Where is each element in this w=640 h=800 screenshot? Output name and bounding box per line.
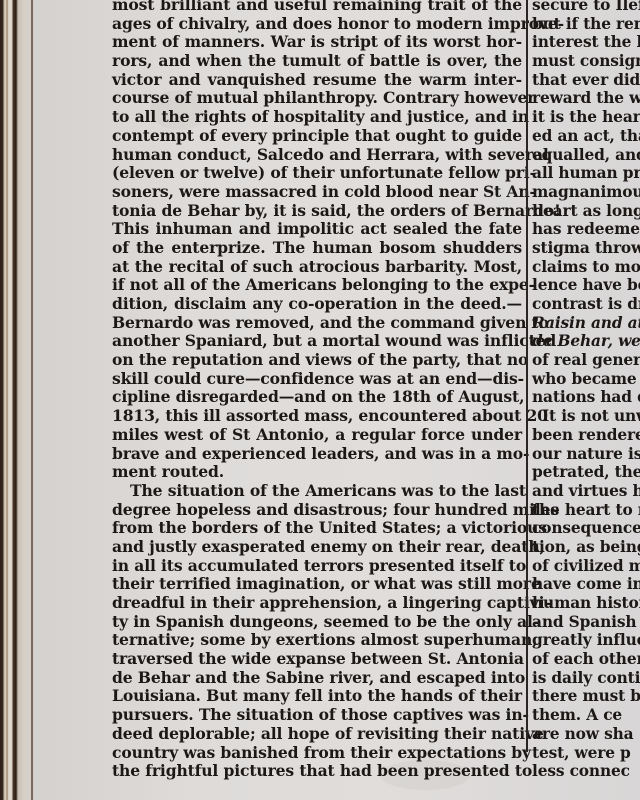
text-line: at the recital of such atrocious barbari…: [112, 258, 522, 277]
text-line: (eleven or twelve) of their unfortunate …: [112, 164, 522, 183]
paragraph-start-line: It is not unwo: [532, 407, 640, 426]
newspaper-page: most brilliant and useful remaining trai…: [0, 0, 640, 800]
article-column-left: most brilliant and useful remaining trai…: [112, 0, 522, 781]
paragraph-end-line: ment routed.: [112, 463, 522, 482]
text-line: Louisiana. But many fell into the hands …: [112, 687, 522, 706]
text-line: them. A ce: [532, 706, 640, 725]
text-line: course of mutual philanthropy. Contrary …: [112, 89, 522, 108]
text-line: of each other: [532, 650, 640, 669]
text-line: ty in Spanish dungeons, seemed to be the…: [112, 613, 522, 632]
text-line: stigma thrown u: [532, 239, 640, 258]
text-line: the frightful pictures that had been pre…: [112, 762, 522, 781]
text-line: soners, were massacred in cold blood nea…: [112, 183, 522, 202]
text-line: the heart to r: [532, 501, 640, 520]
text-line: that ever did hon: [532, 71, 640, 90]
text-line: of real generos: [532, 351, 640, 370]
text-line: from the borders of the United States; a…: [112, 519, 522, 538]
text-line: This inhuman and impolitic act sealed th…: [112, 220, 522, 239]
text-line: test, were p: [532, 744, 640, 763]
text-line: must consign to o: [532, 52, 640, 71]
paragraph-start-line: The situation of the Americans was to th…: [112, 482, 522, 501]
text-line: claims to more: [532, 258, 640, 277]
page-binding-edge: [0, 0, 34, 800]
column-divider: [526, 0, 528, 752]
text-line: greatly influe: [532, 631, 640, 650]
text-line: Bernardo was removed, and the command gi…: [112, 314, 522, 333]
margin-rule: [31, 0, 33, 800]
text-line: ages of chivalry, and does honor to mode…: [112, 15, 522, 34]
text-line: human histor: [532, 594, 640, 613]
text-line: degree hopeless and disastrous; four hun…: [112, 501, 522, 520]
text-line: and Spanish p: [532, 613, 640, 632]
text-line: magnanimous sol: [532, 183, 640, 202]
text-line: been rendered: [532, 426, 640, 445]
text-line: and virtues h: [532, 482, 640, 501]
text-line: dreadful in their apprehension, a linger…: [112, 594, 522, 613]
text-line: rors, and when the tumult of battle is o…: [112, 52, 522, 71]
text-line: another Spaniard, but a mortal wound was…: [112, 332, 522, 351]
text-line: nations had do: [532, 388, 640, 407]
text-line: of civilized m: [532, 557, 640, 576]
text-line: 1813, this ill assorted mass, encountere…: [112, 407, 522, 426]
text-line: to all the rights of hospitality and jus…: [112, 108, 522, 127]
text-line: pursuers. The situation of those captive…: [112, 706, 522, 725]
text-line: contrast is draw: [532, 295, 640, 314]
text-line: miles west of St Antonio, a regular forc…: [112, 426, 522, 445]
text-line: heart as long as: [532, 202, 640, 221]
text-line: deed deplorable; all hope of revisiting …: [112, 725, 522, 744]
text-line: interest the hum: [532, 33, 640, 52]
text-line: dition, disclaim any co-operation in the…: [112, 295, 522, 314]
text-line: victor and vanquished resume the warm in…: [112, 71, 522, 90]
text-line: tonia de Behar by, it is said, the order…: [112, 202, 522, 221]
text-line: are now sha: [532, 725, 640, 744]
text-line: ment of manners. War is stript of its wo…: [112, 33, 522, 52]
text-line: most brilliant and useful remaining trai…: [112, 0, 522, 15]
text-line: there must b: [532, 687, 640, 706]
text-line: secure to Ilefonde: [532, 0, 640, 15]
text-line: reward the world: [532, 89, 640, 108]
text-line: and justly exasperated enemy on their re…: [112, 538, 522, 557]
text-line: consequence i: [532, 519, 640, 538]
text-line: on the reputation and views of the party…: [112, 351, 522, 370]
text-line: country was banished from their expectat…: [112, 744, 522, 763]
text-line: petrated, the v: [532, 463, 640, 482]
text-line: is daily conti: [532, 669, 640, 688]
text-line: all human praise: [532, 164, 640, 183]
text-line: their terrified imagination, or what was…: [112, 575, 522, 594]
text-line: of the enterprize. The human bosom shudd…: [112, 239, 522, 258]
text-line: but if the remoter: [532, 15, 640, 34]
text-line: has redeemed th: [532, 220, 640, 239]
text-line: less connec: [532, 762, 640, 781]
text-line: skill could cure—confidence was at an en…: [112, 370, 522, 389]
text-line: Raisin and at R: [532, 314, 640, 333]
text-line: contempt of every principle that ought t…: [112, 127, 522, 146]
text-line: if not all of the Americans belonging to…: [112, 276, 522, 295]
text-line: our nature is: [532, 445, 640, 464]
text-line: brave and experienced leaders, and was i…: [112, 445, 522, 464]
text-line: lence have been: [532, 276, 640, 295]
text-line: ed an act, that k: [532, 127, 640, 146]
text-line: equalled, and an: [532, 146, 640, 165]
text-line: who became th: [532, 370, 640, 389]
text-line: it is the heartfelt: [532, 108, 640, 127]
article-column-right: secure to Ilefonde but if the remoter in…: [532, 0, 640, 781]
text-line: de Behar, we no: [532, 332, 640, 351]
text-line: ternative; some by exertions almost supe…: [112, 631, 522, 650]
text-line: cipline disregarded—and on the 18th of A…: [112, 388, 522, 407]
text-line: in all its accumulated terrors presented…: [112, 557, 522, 576]
text-line: have come in: [532, 575, 640, 594]
text-line: de Behar and the Sabine river, and escap…: [112, 669, 522, 688]
text-line: tion, as being: [532, 538, 640, 557]
text-line: traversed the wide expanse between St. A…: [112, 650, 522, 669]
text-line: human conduct, Salcedo and Herrara, with…: [112, 146, 522, 165]
